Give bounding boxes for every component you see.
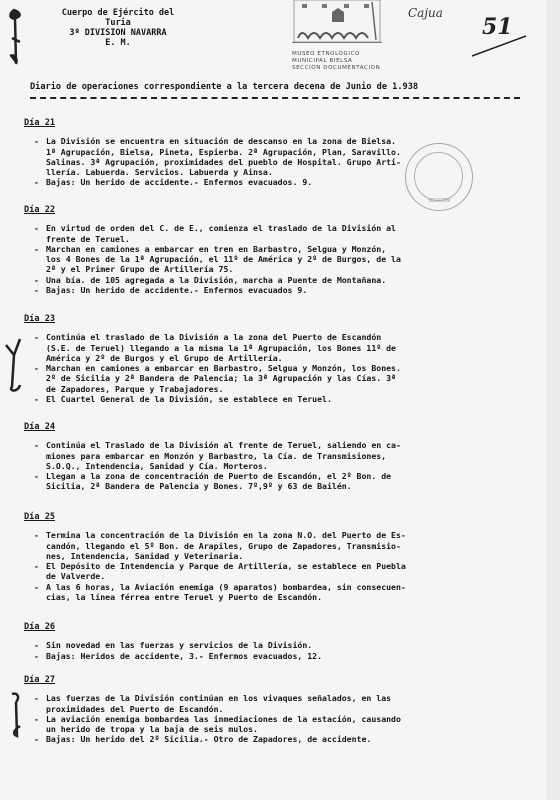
entry-text: En virtud de orden del C. de E., comienz… bbox=[46, 223, 396, 244]
bullet-dash: - bbox=[34, 693, 46, 714]
entry-text: Continúa el traslado de la División a la… bbox=[46, 332, 396, 363]
letterhead-line: Cuerpo de Ejército del Turia bbox=[48, 8, 188, 28]
entry: -El Cuartel General de la División, se e… bbox=[34, 394, 524, 404]
entry-text: Una bía. de 105 agregada a la División, … bbox=[46, 275, 386, 285]
day-title: Día 27 bbox=[24, 675, 524, 685]
seal-label: SECCION bbox=[406, 198, 472, 204]
entry: -Bajas: Un herido del 2º Sicilia.- Otro … bbox=[34, 734, 524, 744]
day-title: Día 23 bbox=[24, 314, 524, 324]
stamp-line: MUSEO ETNOLOGICO bbox=[292, 51, 388, 58]
bullet-dash: - bbox=[34, 471, 46, 492]
stamp-building-icon bbox=[292, 0, 382, 43]
day-section: Día 27 -Las fuerzas de la División conti… bbox=[24, 675, 524, 745]
folio-underline-icon bbox=[470, 18, 530, 58]
bullet-dash: - bbox=[34, 440, 46, 471]
entry: -Bajas: Heridos de accidente, 3.- Enferm… bbox=[34, 651, 524, 661]
entry: -El Depósito de Intendencia y Parque de … bbox=[34, 561, 524, 582]
stamp-line: MUNICIPAL BIELSA bbox=[292, 58, 388, 65]
bullet-dash: - bbox=[34, 582, 46, 603]
bullet-dash: - bbox=[34, 177, 46, 187]
day-title: Día 21 bbox=[24, 118, 524, 128]
binder-hole-mark-icon bbox=[8, 690, 26, 740]
bullet-dash: - bbox=[34, 714, 46, 735]
entry-text: Marchan en camiones a embarcar en Barbas… bbox=[46, 363, 401, 394]
handwritten-note: Cajua bbox=[408, 6, 443, 20]
bullet-dash: - bbox=[34, 651, 46, 661]
day-section: Día 21 -La División se encuentra en situ… bbox=[24, 118, 524, 188]
day-title: Día 24 bbox=[24, 422, 524, 432]
day-title: Día 26 bbox=[24, 622, 524, 632]
day-section: Día 26 -Sin novedad en las fuerzas y ser… bbox=[24, 622, 524, 661]
day-section: Día 25 -Termina la concentración de la D… bbox=[24, 512, 524, 602]
bullet-dash: - bbox=[34, 561, 46, 582]
entry-text: Termina la concentración de la División … bbox=[46, 530, 406, 561]
entry-text: Bajas: Un herido de accidente.- Enfermos… bbox=[46, 285, 307, 295]
bullet-dash: - bbox=[34, 136, 46, 177]
stamp-line: SECCION DOCUMENTACION bbox=[292, 65, 388, 72]
entry-text: Bajas: Un herido de accidente.- Enfermos… bbox=[46, 177, 312, 187]
day-section: Día 24 -Continúa el Traslado de la Divis… bbox=[24, 422, 524, 492]
entry: -Sin novedad en las fuerzas y servicios … bbox=[34, 640, 524, 650]
bullet-dash: - bbox=[34, 244, 46, 275]
day-section: Día 22 -En virtud de orden del C. de E.,… bbox=[24, 205, 524, 295]
entry: -En virtud de orden del C. de E., comien… bbox=[34, 223, 524, 244]
document-title: Diario de operaciones correspondiente a … bbox=[30, 82, 530, 92]
entry: -Continúa el Traslado de la División al … bbox=[34, 440, 524, 471]
day-section: Día 23 -Continúa el traslado de la Divis… bbox=[24, 314, 524, 404]
entry: -Continúa el traslado de la División a l… bbox=[34, 332, 524, 363]
binder-hole-mark-icon bbox=[6, 8, 26, 68]
bullet-dash: - bbox=[34, 640, 46, 650]
entry: -Bajas: Un herido de accidente.- Enfermo… bbox=[34, 285, 524, 295]
day-title: Día 25 bbox=[24, 512, 524, 522]
entry-text: Bajas: Un herido del 2º Sicilia.- Otro d… bbox=[46, 734, 371, 744]
title-underline bbox=[30, 97, 520, 99]
entry-text: Sin novedad en las fuerzas y servicios d… bbox=[46, 640, 312, 650]
entry-text: Las fuerzas de la División continúan en … bbox=[46, 693, 391, 714]
bullet-dash: - bbox=[34, 332, 46, 363]
letterhead-line: E. M. bbox=[48, 38, 188, 48]
document-page: Cuerpo de Ejército del Turia 3ª DIVISION… bbox=[0, 0, 560, 800]
entry-text: Continúa el Traslado de la División al f… bbox=[46, 440, 401, 471]
entry: -Llegan a la zona de concentración de Pu… bbox=[34, 471, 524, 492]
bullet-dash: - bbox=[34, 530, 46, 561]
entry-text: Marchan en camiones a embarcar en tren e… bbox=[46, 244, 401, 275]
bullet-dash: - bbox=[34, 363, 46, 394]
bullet-dash: - bbox=[34, 734, 46, 744]
entry: -Las fuerzas de la División continúan en… bbox=[34, 693, 524, 714]
entry-text: Llegan a la zona de concentración de Pue… bbox=[46, 471, 391, 492]
bullet-dash: - bbox=[34, 285, 46, 295]
page-edge bbox=[546, 0, 560, 800]
entry: -Bajas: Un herido de accidente.- Enfermo… bbox=[34, 177, 524, 187]
bullet-dash: - bbox=[34, 394, 46, 404]
entry: -Marchan en camiones a embarcar en tren … bbox=[34, 244, 524, 275]
entry: -La División se encuentra en situación d… bbox=[34, 136, 524, 177]
entry-text: A las 6 horas, la Aviación enemiga (9 ap… bbox=[46, 582, 406, 603]
museum-stamp: MUSEO ETNOLOGICO MUNICIPAL BIELSA SECCIO… bbox=[292, 0, 388, 78]
bullet-dash: - bbox=[34, 223, 46, 244]
letterhead-line: 3ª DIVISION NAVARRA bbox=[48, 28, 188, 38]
entry: -Marchan en camiones a embarcar en Barba… bbox=[34, 363, 524, 394]
entry-text: El Depósito de Intendencia y Parque de A… bbox=[46, 561, 406, 582]
entry: -La aviación enemiga bombardea las inmed… bbox=[34, 714, 524, 735]
entry: -Una bía. de 105 agregada a la División,… bbox=[34, 275, 524, 285]
entry-text: El Cuartel General de la División, se es… bbox=[46, 394, 332, 404]
entry-text: Bajas: Heridos de accidente, 3.- Enfermo… bbox=[46, 651, 322, 661]
binder-hole-mark-icon bbox=[4, 335, 24, 395]
letterhead: Cuerpo de Ejército del Turia 3ª DIVISION… bbox=[48, 8, 188, 48]
entry-text: La División se encuentra en situación de… bbox=[46, 136, 401, 177]
day-title: Día 22 bbox=[24, 205, 524, 215]
bullet-dash: - bbox=[34, 275, 46, 285]
entry: -A las 6 horas, la Aviación enemiga (9 a… bbox=[34, 582, 524, 603]
entry-text: La aviación enemiga bombardea las inmedi… bbox=[46, 714, 401, 735]
entry: -Termina la concentración de la División… bbox=[34, 530, 524, 561]
